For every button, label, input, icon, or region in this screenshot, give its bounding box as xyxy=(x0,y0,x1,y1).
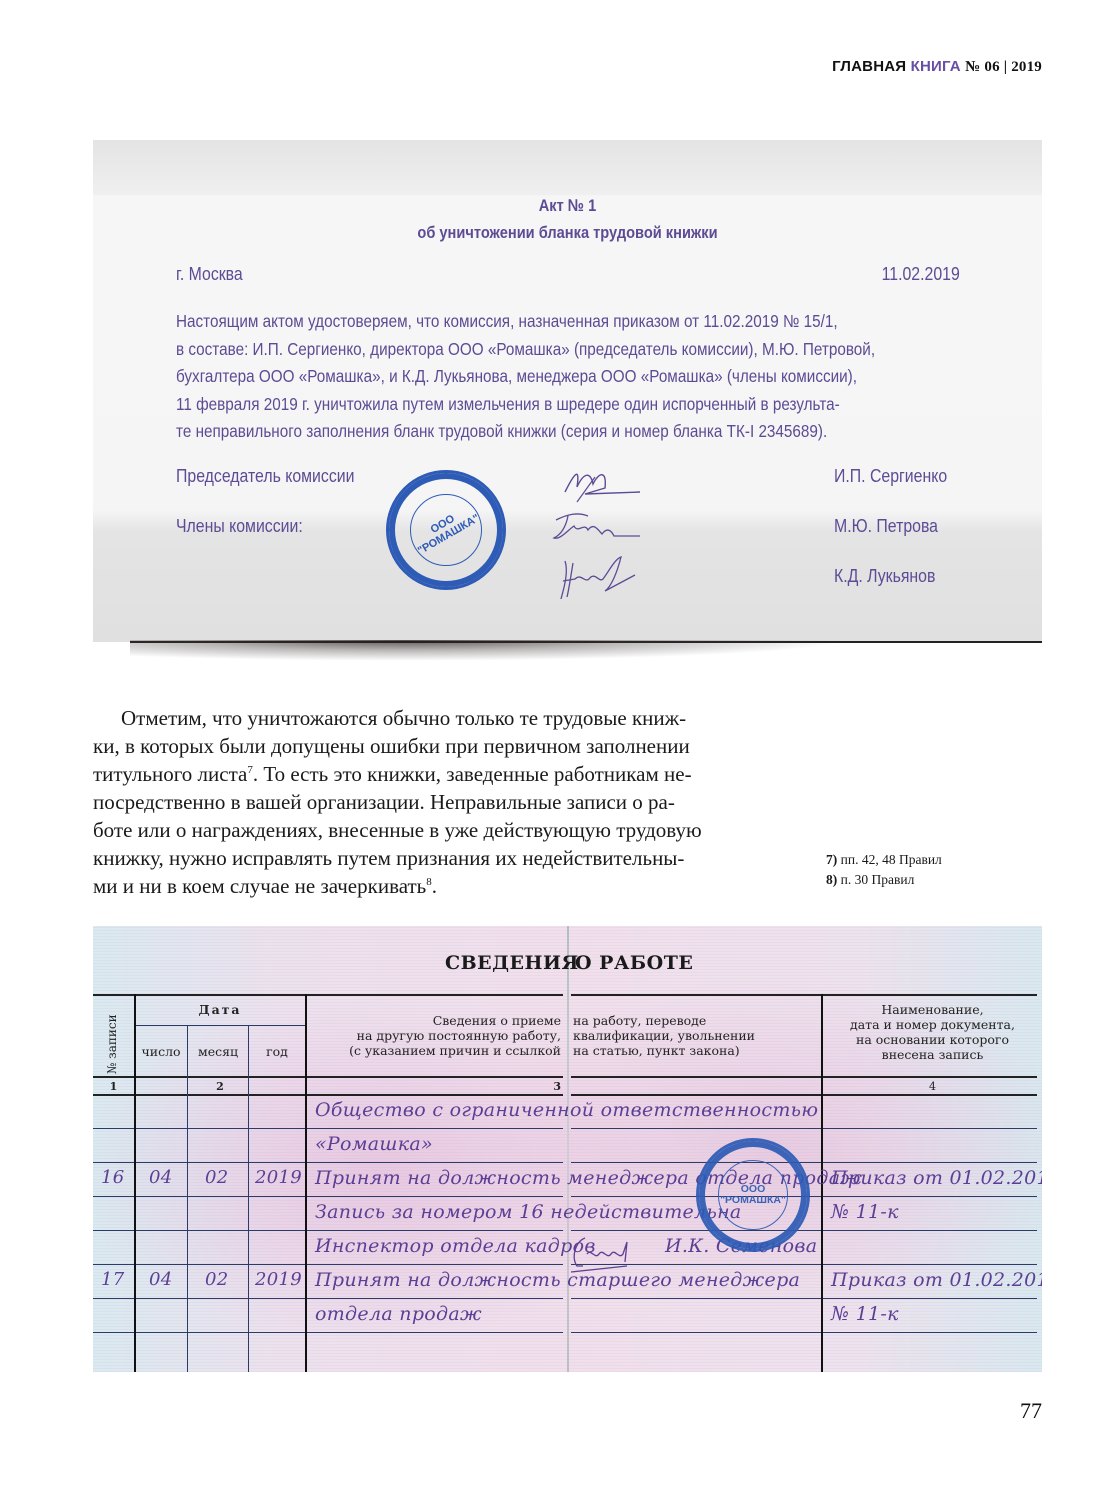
table-rule xyxy=(93,994,563,996)
article-line: ми и ни в коем случае не зачеркивать8. xyxy=(93,872,773,900)
act-body-line: Настоящим актом удостоверяем, что комисс… xyxy=(176,308,966,336)
column-divider xyxy=(248,1025,249,1372)
column-number: 2 xyxy=(135,1079,305,1094)
footnote-text: пп. 42, 48 Правил xyxy=(841,852,942,867)
entry-info: «Ромашка» xyxy=(315,1133,433,1155)
article-text: ми и ни в коем случае не зачеркивать xyxy=(93,874,426,898)
card-shadow xyxy=(130,640,1042,666)
header-line: внесена запись xyxy=(823,1047,1042,1062)
entry-year: 2019 xyxy=(255,1269,302,1290)
entry-basis: № 11-к xyxy=(831,1201,899,1223)
chairman-label: Председатель комиссии xyxy=(176,466,354,487)
article-line: титульного листа7. То есть это книжки, з… xyxy=(93,760,773,788)
signatory-name: И.П. Сергиенко xyxy=(834,466,947,487)
entry-day: 04 xyxy=(149,1269,173,1290)
table-row-line xyxy=(93,1298,563,1299)
signature-petrova-icon xyxy=(548,508,648,548)
table-rule xyxy=(93,1076,563,1078)
table-row-line xyxy=(571,1298,1037,1299)
act-body-line: в составе: И.П. Сергиенко, директора ООО… xyxy=(176,336,966,364)
stamp-line2: "РОМАШКА" xyxy=(699,1195,807,1206)
footnotes: 7) пп. 42, 48 Правил 8) п. 30 Правил xyxy=(826,850,942,890)
signature-sergienko-icon xyxy=(555,462,650,507)
header-line: (с указанием причин и ссылкой xyxy=(307,1043,561,1058)
header-year: год xyxy=(249,1044,305,1059)
table-rule xyxy=(571,1094,1037,1096)
act-title: Акт № 1 xyxy=(159,196,975,216)
table-rule xyxy=(93,1094,563,1096)
act-body: Настоящим актом удостоверяем, что комисс… xyxy=(176,308,966,446)
page-number: 77 xyxy=(1020,1398,1042,1424)
footnote: 7) пп. 42, 48 Правил xyxy=(826,850,942,870)
stamp-label: ООО "РОМАШКА" xyxy=(699,1184,807,1206)
entry-basis: Приказ от 01.02.2019 xyxy=(831,1167,1042,1189)
company-stamp-icon: ООО "РОМАШКА" xyxy=(386,470,506,590)
signature-lukyanov-icon xyxy=(555,553,645,603)
book-title-left: СВЕДЕНИЯ xyxy=(445,952,579,974)
table-rule xyxy=(135,1025,305,1026)
entry-info: отдела продаж xyxy=(315,1303,482,1325)
table-row-line xyxy=(571,1230,1037,1231)
act-date: 11.02.2019 xyxy=(882,264,960,285)
entry-month: 02 xyxy=(205,1269,229,1290)
table-row-line xyxy=(93,1264,563,1265)
entry-no: 16 xyxy=(101,1167,125,1188)
header-line: на основании которого xyxy=(823,1032,1042,1047)
entry-info: Запись за номером 16 недействительна xyxy=(315,1201,742,1223)
article-line: Отметим, что уничтожаются обычно только … xyxy=(93,704,773,732)
footnote: 8) п. 30 Правил xyxy=(826,870,942,890)
footnote-mark: 7) xyxy=(826,852,837,867)
work-record-book: СВЕДЕНИЯ О РАБОТЕ № записи Дата число ме… xyxy=(93,926,1042,1372)
header-line: на другую постоянную работу, xyxy=(307,1028,561,1043)
brand-name-part1: ГЛАВНАЯ xyxy=(832,58,906,75)
act-city: г. Москва xyxy=(176,264,243,285)
header-line: Сведения о приеме xyxy=(307,1013,561,1028)
table-row-line xyxy=(93,1230,563,1231)
header-line: на работу, переводе xyxy=(573,1013,821,1028)
article-text: титульного листа xyxy=(93,762,247,786)
column-number: 4 xyxy=(823,1079,1042,1094)
header-info-right: на работу, переводе квалификации, увольн… xyxy=(573,1013,821,1058)
book-title-right: О РАБОТЕ xyxy=(575,952,693,974)
signatory-name: К.Д. Лукьянов xyxy=(834,566,935,587)
article-line: книжку, нужно исправлять путем признания… xyxy=(93,844,773,872)
brand-name-part2: КНИГА xyxy=(911,58,961,75)
article-line: посредственно в вашей организации. Непра… xyxy=(93,788,773,816)
article-paragraph: Отметим, что уничтожаются обычно только … xyxy=(93,704,773,900)
issue-number: № 06 | 2019 xyxy=(965,59,1042,75)
act-body-line: те неправильного заполнения бланк трудов… xyxy=(176,418,966,446)
entry-info: Инспектор отдела кадров xyxy=(315,1235,596,1257)
article-line: ки, в которых были допущены ошибки при п… xyxy=(93,732,773,760)
entry-year: 2019 xyxy=(255,1167,302,1188)
card-shadow-edge xyxy=(130,641,1042,643)
article-text: . То есть это книжки, заведенные работни… xyxy=(253,762,692,786)
table-row-line xyxy=(571,1128,1037,1129)
column-number: 1 xyxy=(93,1079,134,1094)
signature-inspector-icon xyxy=(567,1232,667,1276)
table-row-line xyxy=(93,1162,563,1163)
members-label: Члены комиссии: xyxy=(176,516,303,537)
header-line: Наименование, xyxy=(823,1002,1042,1017)
magazine-masthead: ГЛАВНАЯ КНИГА № 06 | 2019 xyxy=(832,58,1042,76)
act-body-line: бухгалтера ООО «Ромашка», и К.Д. Лукьяно… xyxy=(176,363,966,391)
signatory-name: М.Ю. Петрова xyxy=(834,516,938,537)
article-line: боте или о награждениях, внесенные в уже… xyxy=(93,816,773,844)
entry-info: Общество с ограниченной ответственностью xyxy=(315,1099,818,1121)
header-entry-no: № записи xyxy=(105,1014,119,1074)
entry-month: 02 xyxy=(205,1167,229,1188)
table-row-line xyxy=(93,1128,563,1129)
column-divider xyxy=(187,1025,188,1372)
entry-info: Принят на должность старшего менеджера xyxy=(315,1269,800,1291)
column-number: 3 xyxy=(307,1079,561,1094)
header-line: на статью, пункт закона) xyxy=(573,1043,821,1058)
footnote-mark: 8) xyxy=(826,872,837,887)
table-row-line xyxy=(93,1332,563,1333)
entry-no: 17 xyxy=(101,1269,125,1290)
company-stamp-icon: ООО "РОМАШКА" xyxy=(696,1138,810,1252)
book-fold xyxy=(567,926,569,1372)
table-rule xyxy=(571,994,1037,996)
header-date: Дата xyxy=(135,1002,305,1017)
article-text: . xyxy=(432,874,437,898)
table-rule xyxy=(571,1076,1037,1078)
entry-basis: Приказ от 01.02.2019 xyxy=(831,1269,1042,1291)
table-row-line xyxy=(571,1162,1037,1163)
footnote-text: п. 30 Правил xyxy=(841,872,915,887)
header-day: число xyxy=(135,1044,187,1059)
header-info-left: Сведения о приеме на другую постоянную р… xyxy=(307,1013,561,1058)
entry-day: 04 xyxy=(149,1167,173,1188)
act-subtitle: об уничтожении бланка трудовой книжки xyxy=(159,223,975,243)
header-line: дата и номер документа, xyxy=(823,1017,1042,1032)
entry-basis: № 11-к xyxy=(831,1303,899,1325)
header-basis: Наименование, дата и номер документа, на… xyxy=(823,1002,1042,1062)
act-body-line: 11 февраля 2019 г. уничтожила путем изме… xyxy=(176,391,966,419)
table-row-line xyxy=(571,1332,1037,1333)
header-month: месяц xyxy=(188,1044,248,1059)
header-line: квалификации, увольнении xyxy=(573,1028,821,1043)
table-row-line xyxy=(93,1196,563,1197)
